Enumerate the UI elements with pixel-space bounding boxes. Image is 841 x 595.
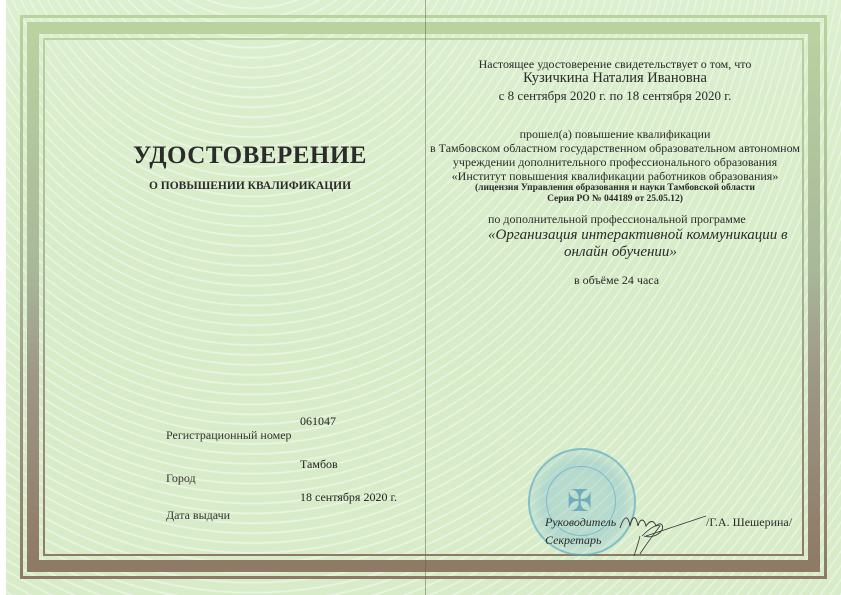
double-headed-eagle-icon: ✠ — [567, 484, 592, 519]
city-value: Тамбов — [300, 457, 338, 472]
secretary-label: Секретарь — [545, 533, 601, 548]
institution-line-1: в Тамбовском областном государственном о… — [430, 141, 800, 156]
issue-date-value: 18 сентября 2020 г. — [300, 490, 397, 505]
scan-edge — [0, 0, 6, 595]
person-name: Кузичкина Наталия Ивановна — [430, 70, 800, 87]
hours-volume: в объёме 24 часа — [574, 273, 659, 288]
handwritten-signature-icon — [610, 506, 720, 556]
completed-text: прошел(а) повышение квалификации — [430, 127, 800, 142]
registration-number-value: 061047 — [300, 414, 336, 429]
director-label: Руководитель — [545, 515, 616, 530]
issue-date-label: Дата выдачи — [166, 508, 230, 523]
program-title-line-2: онлайн обучении» — [564, 244, 677, 261]
page-fold — [425, 0, 426, 595]
license-line-2: Серия РО № 044189 от 25.05.12) — [430, 194, 800, 204]
registration-number-label: Регистрационный номер — [166, 428, 292, 443]
program-intro: по дополнительной профессиональной прогр… — [488, 212, 746, 227]
institution-line-3: «Институт повышения квалификации работни… — [430, 169, 800, 184]
city-label: Город — [166, 471, 196, 486]
institution-line-2: учреждении дополнительного профессиональ… — [430, 155, 800, 170]
certificate-title: УДОСТОВЕРЕНИЕ — [100, 142, 400, 170]
study-period: с 8 сентября 2020 г. по 18 сентября 2020… — [430, 88, 800, 104]
certificate-subtitle: О ПОВЫШЕНИИ КВАЛИФИКАЦИИ — [100, 180, 400, 192]
certificate-spread: УДОСТОВЕРЕНИЕ О ПОВЫШЕНИИ КВАЛИФИКАЦИИ 0… — [0, 0, 841, 595]
program-title-line-1: «Организация интерактивной коммуникации … — [488, 227, 788, 244]
frame-inner-line — [43, 38, 804, 556]
license-line-1: (лицензия Управления образования и науки… — [430, 183, 800, 193]
